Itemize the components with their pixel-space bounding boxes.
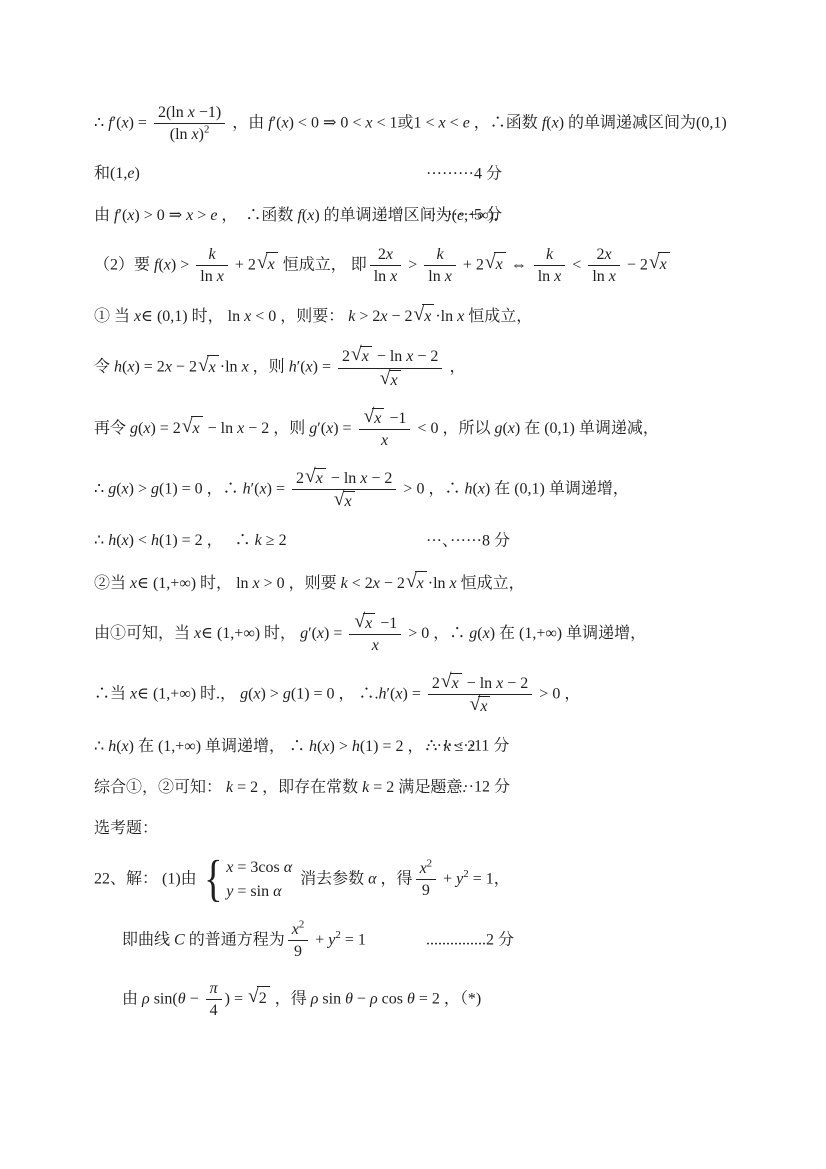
math-variable: x: [322, 738, 329, 755]
math-variable: ρ: [370, 990, 378, 1007]
math-variable: θ: [178, 990, 186, 1007]
function-name: ln: [236, 575, 248, 592]
square-root: √x: [334, 491, 355, 511]
score-marker: ·········12 分: [426, 776, 510, 799]
math-variable: x: [372, 637, 379, 654]
square-root: √x: [257, 252, 278, 276]
math-variable: x: [345, 493, 352, 510]
math-variable: x: [292, 921, 299, 938]
math-variable: x: [457, 308, 464, 325]
math-variable: θ: [407, 990, 415, 1007]
denominator: 9: [288, 941, 309, 961]
score-marker: ·········11 分: [426, 735, 509, 758]
line-conclusion-k-equals-2: 综合①，②可知： k = 2 ，即存在常数 k = 2 满足题意.·······…: [94, 776, 788, 799]
math-variable: x: [439, 114, 446, 131]
line-polar-equation: 由 ρ sin(θ − π4) = √2 ，得 ρ sin θ − ρ cos …: [94, 979, 788, 1020]
math-variable: x: [326, 420, 333, 437]
math-variable: x: [480, 698, 487, 715]
radical-sign: √: [406, 573, 417, 591]
math-variable: x: [192, 126, 199, 143]
math-variable: f: [268, 114, 272, 131]
math-variable: k: [546, 246, 553, 263]
function-name: ln: [390, 348, 402, 365]
math-variable: g: [240, 686, 248, 703]
score-marker: ·········5 分: [426, 204, 502, 227]
math-variable: x: [380, 308, 387, 325]
line-case1-condition: ① 当 x∈ (0,1) 时， ln x < 0 ，则要： k > 2x − 2…: [94, 304, 788, 328]
score-marker: ···、······8 分: [426, 529, 510, 552]
math-variable: e: [210, 207, 217, 224]
math-variable: C: [174, 931, 185, 948]
line-part2-inequality: （2）要 f(x) > kln x + 2√x 恒成立， 即2xln x > k…: [94, 245, 788, 286]
fraction: 2xln x: [588, 245, 620, 286]
square-root: √x: [305, 468, 326, 488]
math-variable: g: [469, 625, 477, 642]
math-variable: x: [496, 256, 503, 273]
superscript: 2: [204, 124, 209, 136]
numerator: 2√x − ln x − 2: [292, 468, 396, 490]
math-variable: x: [307, 207, 314, 224]
math-variable: x: [424, 308, 431, 325]
math-variable: x: [122, 532, 129, 549]
math-variable: x: [130, 686, 137, 703]
radical-sign: √: [182, 418, 193, 436]
superscript: 2: [335, 929, 340, 941]
math-variable: h: [289, 359, 297, 376]
superscript: 2: [299, 918, 304, 930]
fraction: 2xln x: [370, 245, 402, 286]
function-name: ln: [441, 308, 453, 325]
math-variable: x: [374, 410, 381, 427]
line-increasing-interval: 由 f′(x) > 0 ⇒ x > e ， ∴函数 f(x) 的单调递增区间为(…: [94, 204, 788, 227]
math-variable: f: [542, 114, 546, 131]
function-name: ln: [480, 675, 492, 692]
denominator: ln x: [196, 266, 228, 286]
denominator: (ln x)2: [154, 124, 225, 144]
math-variable: x: [609, 268, 616, 285]
math-variable: x: [365, 615, 372, 632]
numerator: √x −1: [359, 408, 411, 430]
math-variable: h: [243, 480, 251, 497]
math-variable: x: [281, 114, 288, 131]
denominator: ln x: [424, 266, 456, 286]
math-variable: x: [134, 308, 141, 325]
math-variable: x: [406, 348, 413, 365]
left-brace-icon: {: [204, 859, 222, 900]
line-elective-header: 选考题：: [94, 817, 788, 840]
square-root: √x: [364, 408, 385, 428]
fraction: kln x: [196, 245, 228, 286]
fraction: 2√x − ln x − 2√x: [428, 673, 532, 716]
math-variable: x: [253, 575, 260, 592]
numerator: k: [196, 245, 228, 266]
math-variable: x: [552, 114, 559, 131]
math-variable: x: [122, 480, 129, 497]
fraction: √x −1x: [349, 613, 401, 655]
math-variable: f: [297, 207, 301, 224]
math-variable: f: [108, 114, 112, 131]
function-name: cos: [258, 859, 279, 876]
fraction: √x −1x: [359, 408, 411, 450]
math-variable: x: [452, 675, 459, 692]
math-variable: x: [450, 575, 457, 592]
line-define-g: 再令 g(x) = 2√x − ln x − 2 ，则 g′(x) = √x −…: [94, 408, 788, 450]
score-marker: ·········4 分: [426, 162, 502, 185]
superscript: 2: [463, 868, 468, 880]
function-name: ln: [228, 308, 240, 325]
math-variable: x: [306, 359, 313, 376]
math-variable: x: [188, 104, 195, 121]
math-variable: f: [154, 256, 158, 273]
math-variable: h: [379, 686, 387, 703]
function-name: ln: [374, 268, 386, 285]
math-variable: k: [362, 779, 369, 796]
math-variable: x: [165, 359, 172, 376]
square-root: √x: [198, 355, 219, 379]
radical-sign: √: [485, 254, 496, 272]
function-name: ln: [538, 268, 550, 285]
line-interval-and: 和(1,e)·········4 分: [94, 162, 788, 185]
math-variable: x: [605, 246, 612, 263]
math-variable: g: [494, 420, 502, 437]
math-variable: h: [309, 738, 317, 755]
numerator: k: [534, 245, 566, 266]
math-variable: k: [255, 532, 262, 549]
math-variable: x: [209, 359, 216, 376]
fraction: x29: [288, 920, 309, 961]
square-root: √x: [182, 416, 203, 440]
superscript: 2: [427, 858, 432, 870]
fraction: kln x: [424, 245, 456, 286]
numerator: 2(ln x −1): [154, 103, 225, 124]
radical-sign: √: [305, 468, 316, 486]
fraction: 2√x − ln x − 2√x: [292, 468, 396, 511]
function-name: ln: [592, 268, 604, 285]
line-case2-h-derivative: ∴当 x∈ (1,+∞) 时.， g(x) > g(1) = 0 ， ∴.h′(…: [94, 673, 788, 716]
numerator: 2x: [588, 245, 620, 266]
math-variable: x: [237, 420, 244, 437]
math-variable: k: [208, 246, 215, 263]
math-variable: x: [127, 207, 134, 224]
denominator: 9: [416, 880, 437, 900]
function-name: ln: [221, 420, 233, 437]
math-variable: k: [348, 308, 355, 325]
math-variable: x: [193, 420, 200, 437]
math-variable: x: [127, 359, 134, 376]
math-variable: x: [420, 860, 427, 877]
math-variable: y: [226, 883, 233, 900]
function-name: sin: [322, 990, 341, 1007]
math-variable: α: [368, 870, 376, 887]
document-page: ∴ f′(x) = 2(ln x −1)(ln x)2 ，由 f′(x) < 0…: [0, 0, 826, 1169]
radical-sign: √: [198, 357, 209, 375]
math-variable: ρ: [311, 990, 319, 1007]
math-variable: x: [362, 348, 369, 365]
numerator: π: [206, 979, 222, 1000]
radical-sign: √: [364, 408, 375, 426]
line-case2-condition: ②当 x∈ (1,+∞) 时， ln x > 0 ，则要 k < 2x − 2√…: [94, 571, 788, 595]
math-variable: x: [386, 246, 393, 263]
math-variable: g: [130, 420, 138, 437]
function-name: ln: [428, 268, 440, 285]
denominator: ln x: [534, 266, 566, 286]
function-name: sin: [154, 990, 173, 1007]
math-variable: x: [496, 675, 503, 692]
square-root: √x: [441, 673, 462, 693]
math-variable: x: [143, 420, 150, 437]
square-root: √x: [485, 252, 506, 276]
line-define-h: 令 h(x) = 2x − 2√x·ln x ，则 h′(x) = 2√x − …: [94, 346, 788, 389]
square-root: √x: [649, 252, 670, 276]
function-name: sin: [250, 883, 269, 900]
numerator: k: [424, 245, 456, 266]
line-derivative-decreasing-intervals: ∴ f′(x) = 2(ln x −1)(ln x)2 ，由 f′(x) < 0…: [94, 103, 788, 144]
denominator: ln x: [370, 266, 402, 286]
fraction: kln x: [534, 245, 566, 286]
math-variable: ρ: [142, 990, 150, 1007]
solution-text-block: ∴ f′(x) = 2(ln x −1)(ln x)2 ，由 f′(x) < 0…: [94, 103, 788, 1020]
fraction: 2√x − ln x − 2√x: [338, 346, 442, 389]
fraction: x29: [416, 859, 437, 900]
math-variable: α: [273, 883, 281, 900]
numerator: 2√x − ln x − 2: [338, 346, 442, 368]
score-marker: ...............2 分: [426, 929, 514, 952]
math-variable: x: [130, 575, 137, 592]
math-variable: k: [341, 575, 348, 592]
denominator: √x: [428, 695, 532, 716]
math-variable: θ: [345, 990, 353, 1007]
math-variable: e: [127, 165, 134, 182]
cases-row: y = sin α: [226, 882, 292, 901]
math-variable: x: [554, 268, 561, 285]
denominator: 4: [206, 1000, 222, 1020]
math-variable: h: [108, 738, 116, 755]
math-variable: x: [186, 207, 193, 224]
square-root: √x: [406, 571, 427, 595]
math-variable: x: [395, 686, 402, 703]
math-variable: x: [121, 114, 128, 131]
math-variable: α: [284, 859, 292, 876]
math-variable: x: [390, 268, 397, 285]
line-k-ge-2: ∴ h(x) < h(1) = 2 ， ∴ k ≥ 2···、······8 分: [94, 529, 788, 552]
math-variable: x: [317, 625, 324, 642]
math-variable: h: [464, 480, 472, 497]
function-name: ln: [175, 126, 187, 143]
math-variable: h: [151, 532, 159, 549]
math-variable: x: [373, 575, 380, 592]
fraction: π4: [206, 979, 222, 1020]
math-variable: g: [300, 625, 308, 642]
fraction: 2(ln x −1)(ln x)2: [154, 103, 225, 144]
function-name: ln: [344, 470, 356, 487]
math-variable: x: [268, 256, 275, 273]
cases-rows: x = 3cos αy = sin α: [226, 858, 292, 901]
radical-sign: √: [257, 254, 268, 272]
math-variable: x: [478, 480, 485, 497]
denominator: x: [349, 635, 401, 655]
function-name: ln: [433, 575, 445, 592]
denominator: √x: [292, 490, 396, 511]
radical-sign: √: [649, 254, 660, 272]
denominator: √x: [338, 369, 442, 390]
radical-sign: √: [351, 346, 362, 364]
square-root: √x: [470, 696, 491, 716]
radical-sign: √: [441, 673, 452, 691]
math-variable: f: [114, 207, 118, 224]
math-variable: x: [164, 256, 171, 273]
math-variable: x: [316, 470, 323, 487]
math-variable: x: [508, 420, 515, 437]
math-variable: x: [417, 575, 424, 592]
numerator: 2√x − ln x − 2: [428, 673, 532, 695]
math-variable: h: [108, 532, 116, 549]
math-variable: x: [217, 268, 224, 285]
square-root: √2: [248, 986, 270, 1010]
square-root: √x: [351, 346, 372, 366]
line-curve-c-equation: 即曲线 C 的普通方程为x29 + y2 = 1...............2…: [94, 920, 788, 961]
math-variable: k: [226, 779, 233, 796]
math-variable: π: [210, 980, 218, 997]
math-variable: g: [309, 420, 317, 437]
line-g-positive-h-increasing: ∴ g(x) > g(1) = 0 ，∴ h′(x) = 2√x − ln x …: [94, 468, 788, 511]
radical-sign: √: [414, 306, 425, 324]
numerator: x2: [416, 859, 437, 880]
denominator: x: [359, 430, 411, 450]
line-case2-g-increasing: 由①可知，当 x∈ (1,+∞) 时， g′(x) = √x −1x > 0 ，…: [94, 613, 788, 655]
radical-sign: √: [354, 613, 365, 631]
radical-sign: √: [248, 988, 259, 1006]
math-variable: x: [194, 625, 201, 642]
radical-sign: √: [380, 370, 391, 388]
math-variable: x: [260, 480, 267, 497]
math-variable: x: [242, 359, 249, 376]
math-variable: x: [483, 625, 490, 642]
cases-row: x = 3cos α: [226, 858, 292, 877]
radical-sign: √: [470, 696, 481, 714]
math-variable: x: [122, 738, 129, 755]
numerator: √x −1: [349, 613, 401, 635]
line-k-le-2: ∴ h(x) 在 (1,+∞) 单调递增， ∴ h(x) > h(1) = 2 …: [94, 735, 788, 758]
function-name: cos: [382, 990, 403, 1007]
math-variable: x: [445, 268, 452, 285]
math-variable: x: [244, 308, 251, 325]
numerator: x2: [288, 920, 309, 941]
math-variable: g: [108, 480, 116, 497]
function-name: ln: [225, 359, 237, 376]
math-variable: h: [114, 359, 122, 376]
math-variable: x: [360, 470, 367, 487]
function-name: ln: [200, 268, 212, 285]
math-variable: x: [253, 686, 260, 703]
math-variable: h: [352, 738, 360, 755]
math-variable: x: [391, 372, 398, 389]
numerator: 2x: [370, 245, 402, 266]
square-root: √x: [380, 370, 401, 390]
math-variable: x: [381, 432, 388, 449]
denominator: ln x: [588, 266, 620, 286]
math-variable: k: [437, 246, 444, 263]
math-variable: x: [365, 114, 372, 131]
line-q22-parametric: 22、解： (1)由{x = 3cos αy = sin α 消去参数 α ，得…: [94, 858, 788, 901]
square-root: √x: [354, 613, 375, 633]
radical-sign: √: [334, 491, 345, 509]
function-name: ln: [171, 104, 183, 121]
math-variable: g: [283, 686, 291, 703]
math-variable: e: [463, 114, 470, 131]
math-variable: g: [151, 480, 159, 497]
square-root: √x: [414, 304, 435, 328]
math-variable: x: [660, 256, 667, 273]
cases-system: {x = 3cos αy = sin α: [201, 858, 292, 901]
math-variable: x: [226, 859, 233, 876]
